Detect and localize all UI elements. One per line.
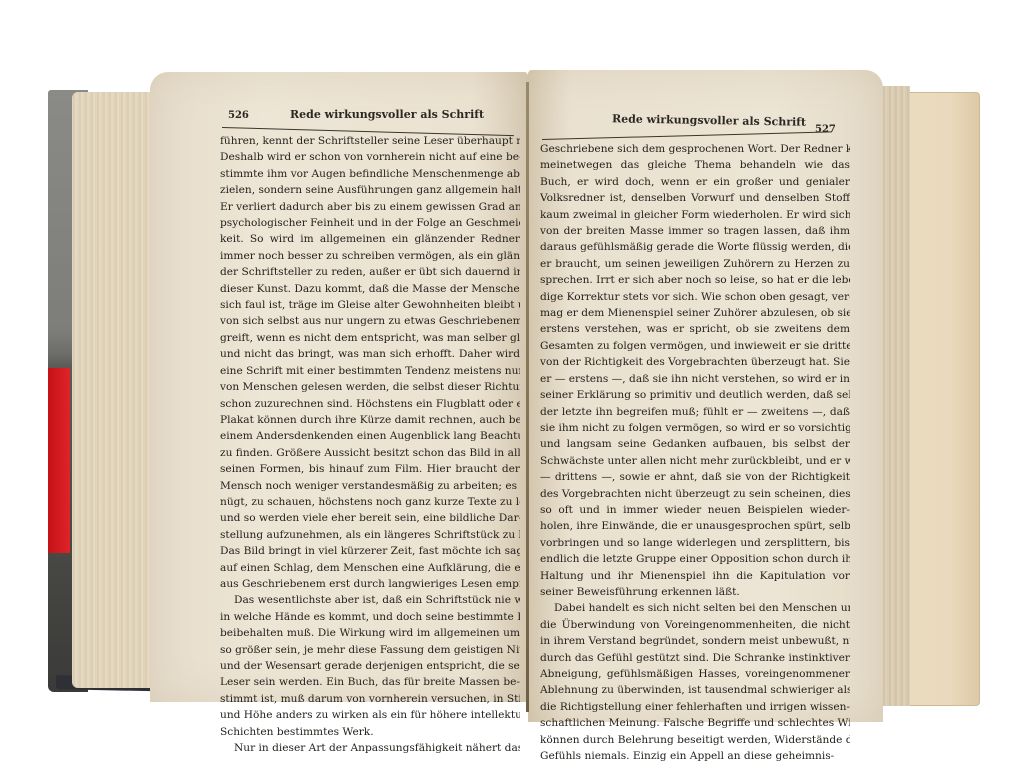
- text-line: daraus gefühlsmäßig gerade die Worte flü…: [540, 239, 850, 255]
- text-line: und langsam seine Gedanken aufbauen, bis…: [540, 436, 850, 452]
- text-line: aus Geschriebenem erst durch langwierige…: [220, 576, 520, 592]
- text-line: immer noch besser zu schreiben vermögen,…: [220, 248, 520, 264]
- book-cover-red-band: [48, 368, 70, 553]
- text-line: die Richtigstellung einer fehlerhaften u…: [540, 699, 850, 715]
- text-line: seinen Formen, bis hinauf zum Film. Hier…: [220, 461, 520, 477]
- text-line: und der Wesensart gerade derjenigen ents…: [220, 658, 520, 674]
- text-line: Haltung und ihr Mienenspiel ihn die Kapi…: [540, 568, 850, 584]
- text-line: er braucht, um seinen jeweiligen Zuhörer…: [540, 256, 850, 272]
- text-line: Dabei handelt es sich nicht selten bei d…: [540, 600, 850, 616]
- text-line: führen, kennt der Schriftsteller seine L…: [220, 133, 520, 149]
- text-line: zielen, sondern seine Ausführungen ganz …: [220, 182, 520, 198]
- text-line: in ihrem Verstand begründet, sondern mei…: [540, 633, 850, 649]
- text-line: Mensch noch weniger verstandesmäßig zu a…: [220, 478, 520, 494]
- left-running-head: Rede wirkungsvoller als Schrift: [290, 108, 484, 121]
- text-line: greift, wenn es nicht dem entspricht, wa…: [220, 330, 520, 346]
- text-line: Leser sein werden. Ein Buch, das für bre…: [220, 674, 520, 690]
- text-line: meinetwegen das gleiche Thema behandeln …: [540, 157, 850, 173]
- text-line: seiner Beweisführung erkennen läßt.: [540, 584, 850, 600]
- text-line: in welche Hände es kommt, und doch seine…: [220, 609, 520, 625]
- text-line: Er verliert dadurch aber bis zu einem ge…: [220, 199, 520, 215]
- book-gutter: [526, 82, 529, 712]
- text-line: — drittens —, sowie er ahnt, daß sie von…: [540, 469, 850, 485]
- text-line: von der breiten Masse immer so tragen la…: [540, 223, 850, 239]
- text-line: zu finden. Größere Aussicht besitzt scho…: [220, 445, 520, 461]
- text-line: erstens verstehen, was er spricht, ob si…: [540, 321, 850, 337]
- text-line: keit. So wird im allgemeinen ein glänzen…: [220, 231, 520, 247]
- text-line: mag er dem Mienenspiel seiner Zuhörer ab…: [540, 305, 850, 321]
- text-line: nügt, zu schauen, höchstens noch ganz ku…: [220, 494, 520, 510]
- text-line: eine Schrift mit einer bestimmten Tenden…: [220, 363, 520, 379]
- text-line: einem Andersdenkenden einen Augenblick l…: [220, 428, 520, 444]
- text-line: kaum zweimal in gleicher Form wiederhole…: [540, 207, 850, 223]
- text-line: des Vorgebrachten nicht überzeugt zu sei…: [540, 486, 850, 502]
- text-line: psychologischer Feinheit und in der Folg…: [220, 215, 520, 231]
- text-line: sich faul ist, träge im Gleise alter Gew…: [220, 297, 520, 313]
- text-line: Schichten bestimmtes Werk.: [220, 724, 520, 740]
- text-line: er — erstens —, daß sie ihn nicht verste…: [540, 371, 850, 387]
- text-line: und so werden viele eher bereit sein, ei…: [220, 510, 520, 526]
- text-line: Nur in dieser Art der Anpassungsfähigkei…: [220, 740, 520, 756]
- text-line: Das Bild bringt in viel kürzerer Zeit, f…: [220, 543, 520, 559]
- text-line: auf einen Schlag, dem Menschen eine Aufk…: [220, 560, 520, 576]
- text-line: können durch Belehrung beseitigt werden,…: [540, 732, 850, 748]
- left-page-text: führen, kennt der Schriftsteller seine L…: [220, 133, 520, 756]
- text-line: stellung aufzunehmen, als ein längeres S…: [220, 527, 520, 543]
- text-line: schaftlichen Meinung. Falsche Begriffe u…: [540, 715, 850, 731]
- text-line: so oft und in immer wieder neuen Beispie…: [540, 502, 850, 518]
- text-line: von der Richtigkeit des Vorgebrachten üb…: [540, 354, 850, 370]
- text-line: von Menschen gelesen werden, die selbst …: [220, 379, 520, 395]
- text-line: stimmt ist, muß darum von vornherein ver…: [220, 691, 520, 707]
- text-line: so größer sein, je mehr diese Fassung de…: [220, 642, 520, 658]
- text-line: holen, ihre Einwände, die er unausgespro…: [540, 518, 850, 534]
- text-line: sprechen. Irrt er sich aber noch so leis…: [540, 272, 850, 288]
- text-line: der Schriftsteller zu reden, außer er üb…: [220, 264, 520, 280]
- text-line: Geschriebene sich dem gesprochenen Wort.…: [540, 141, 850, 157]
- left-page-number: 526: [228, 110, 249, 121]
- page-stack-left: [72, 92, 162, 688]
- text-line: schon zuzurechnen sind. Höchstens ein Fl…: [220, 396, 520, 412]
- text-line: Schwächste unter allen nicht mehr zurück…: [540, 453, 850, 469]
- text-line: stimmte ihm vor Augen befindliche Mensch…: [220, 166, 520, 182]
- text-line: Ablehnung zu überwinden, ist tausendmal …: [540, 682, 850, 698]
- text-line: die Überwindung von Voreingenommenheiten…: [540, 617, 850, 633]
- text-line: Abneigung, gefühlsmäßigen Hasses, vorein…: [540, 666, 850, 682]
- text-line: der letzte ihn begreifen muß; fühlt er —…: [540, 404, 850, 420]
- text-line: und Höhe anders zu wirken als ein für hö…: [220, 707, 520, 723]
- open-book-photo: 526 Rede wirkungsvoller als Schrift führ…: [0, 0, 1024, 768]
- text-line: Plakat können durch ihre Kürze damit rec…: [220, 412, 520, 428]
- text-line: Das wesentlichste aber ist, daß ein Schr…: [220, 592, 520, 608]
- text-line: seiner Erklärung so primitiv und deutlic…: [540, 387, 850, 403]
- text-line: dige Korrektur stets vor sich. Wie schon…: [540, 289, 850, 305]
- text-line: endlich die letzte Gruppe einer Oppositi…: [540, 551, 850, 567]
- text-line: Gesamten zu folgen vermögen, und inwiewe…: [540, 338, 850, 354]
- text-line: beibehalten muß. Die Wirkung wird im all…: [220, 625, 520, 641]
- text-line: Gefühls niemals. Einzig ein Appell an di…: [540, 748, 850, 764]
- text-line: von sich selbst aus nur ungern zu etwas …: [220, 313, 520, 329]
- text-line: Buch, er wird doch, wenn er ein großer u…: [540, 174, 850, 190]
- right-page-text: Geschriebene sich dem gesprochenen Wort.…: [540, 141, 850, 764]
- text-line: Volksredner ist, denselben Vorwurf und d…: [540, 190, 850, 206]
- text-line: sie ihm nicht zu folgen vermögen, so wir…: [540, 420, 850, 436]
- text-line: durch das Gefühl gestützt sind. Die Schr…: [540, 650, 850, 666]
- text-line: und nicht das bringt, was man sich erhof…: [220, 346, 520, 362]
- text-line: dieser Kunst. Dazu kommt, daß die Masse …: [220, 281, 520, 297]
- text-line: Deshalb wird er schon von vornherein nic…: [220, 149, 520, 165]
- text-line: vorbringen und so lange widerlegen und z…: [540, 535, 850, 551]
- right-page-number: 527: [815, 124, 836, 135]
